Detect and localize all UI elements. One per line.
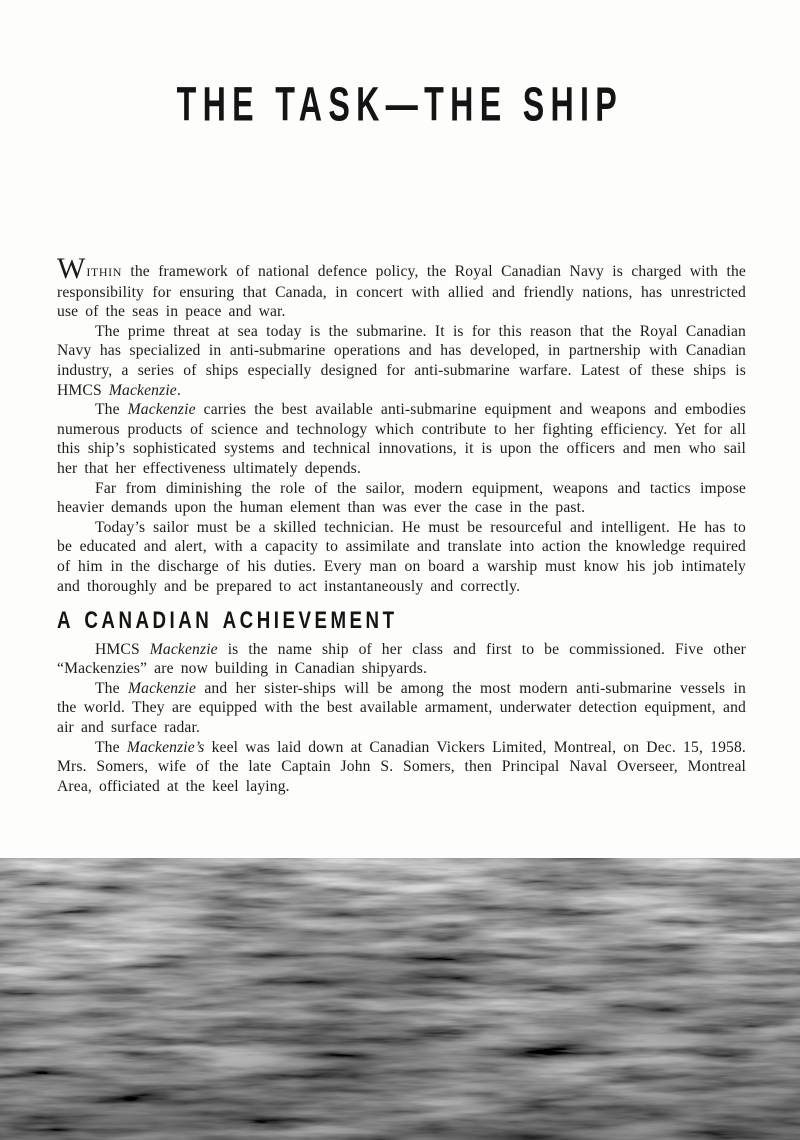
intro-paragraph-1: WITHIN the framework of national defence… [57, 262, 746, 322]
intro-paragraph-4: Far from diminishing the role of the sai… [57, 479, 746, 518]
intro-paragraph-5: Today’s sailor must be a skilled technic… [57, 518, 746, 596]
intro-paragraph-3: The Mackenzie carries the best available… [57, 400, 746, 478]
ocean-waves-photo [0, 858, 800, 1140]
section-paragraph-1: HMCS Mackenzie is the name ship of her c… [57, 640, 746, 679]
title-area: THE TASK—THE SHIP [0, 76, 800, 130]
intro-paragraph-2: The prime threat at sea today is the sub… [57, 322, 746, 400]
section-paragraph-3: The Mackenzie’s keel was laid down at Ca… [57, 738, 746, 797]
scanned-page: THE TASK—THE SHIP WITHIN the framework o… [0, 0, 800, 1140]
body-text: WITHIN the framework of national defence… [57, 262, 746, 796]
section-heading: A CANADIAN ACHIEVEMENT [57, 611, 594, 631]
ocean-waves-image [0, 858, 800, 1140]
section-paragraph-2: The Mackenzie and her sister-ships will … [57, 679, 746, 738]
page-title: THE TASK—THE SHIP [177, 76, 623, 132]
